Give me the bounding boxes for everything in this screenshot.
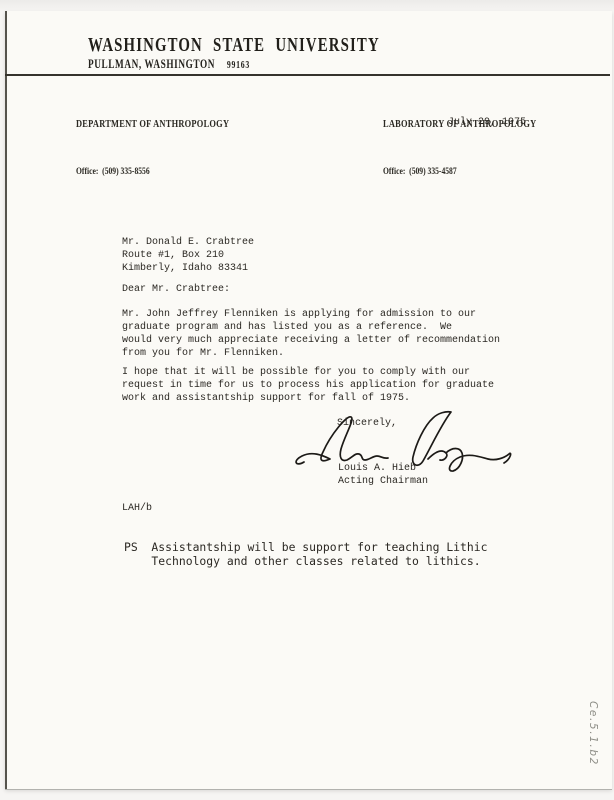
salutation: Dear Mr. Crabtree:: [122, 284, 230, 297]
signer-name: Louis A. Hieb: [338, 463, 416, 476]
department-block-left: DEPARTMENT OF ANTHROPOLOGY Office: (509)…: [76, 83, 229, 213]
body-paragraph-1: Mr. John Jeffrey Flenniken is applying f…: [122, 309, 500, 361]
letterhead-university-name: WASHINGTON STATE UNIVERSITY: [88, 35, 380, 57]
letterhead-zip: 99163: [227, 60, 250, 71]
letterhead-divider-rule: [5, 74, 610, 76]
date-line: July 29, 1975: [448, 117, 526, 130]
margin-catalog-code: Ce.5.1.b2: [587, 701, 599, 766]
body-paragraph-2: I hope that it will be possible for you …: [122, 367, 494, 406]
letterhead-city: PULLMAN, WASHINGTON: [88, 57, 215, 71]
recipient-address: Mr. Donald E. Crabtree Route #1, Box 210…: [122, 237, 254, 276]
typist-initials: LAH/b: [122, 503, 152, 516]
department-right-office-phone: Office: (509) 335-4587: [383, 167, 536, 177]
scanned-letter-page: WASHINGTON STATE UNIVERSITY PULLMAN, WAS…: [0, 0, 614, 800]
department-block-right: LABORATORY OF ANTHROPOLOGY Office: (509)…: [383, 83, 536, 213]
postscript: PS Assistantship will be support for tea…: [124, 540, 487, 569]
letterhead-city-line: PULLMAN, WASHINGTON99163: [88, 57, 250, 72]
signer-title: Acting Chairman: [338, 476, 428, 489]
department-left-name: DEPARTMENT OF ANTHROPOLOGY: [76, 119, 229, 130]
department-left-office-phone: Office: (509) 335-8556: [76, 167, 229, 177]
